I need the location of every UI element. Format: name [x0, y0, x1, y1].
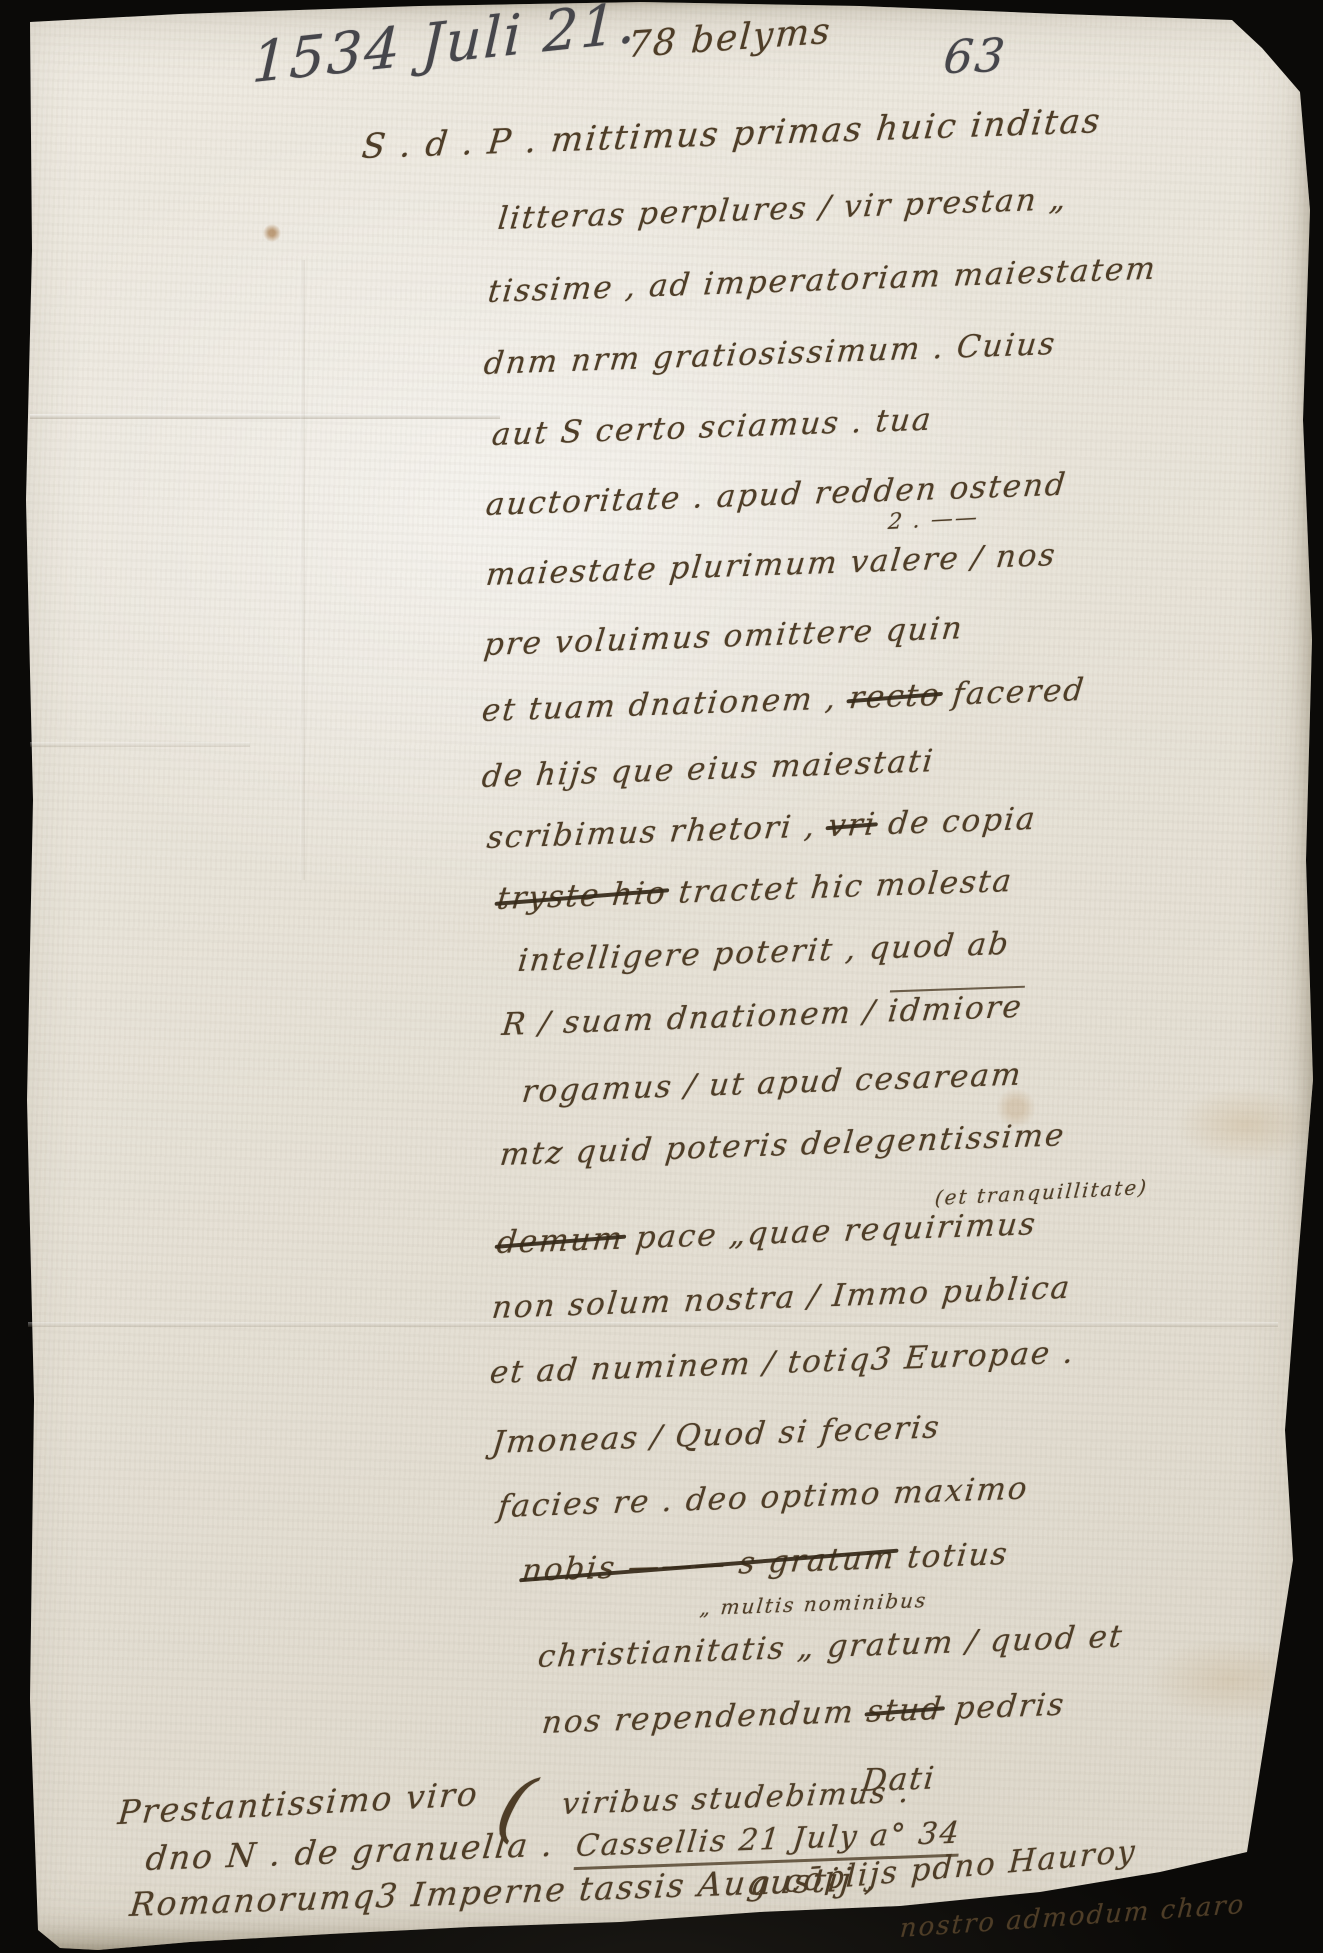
- manuscript-text-segment: 2 . ——: [887, 505, 980, 535]
- manuscript-text-segment: tryste hio: [495, 875, 669, 917]
- manuscript-text-segment: demum: [495, 1220, 626, 1261]
- interlinear-mark: 2 . ——: [887, 507, 980, 534]
- manuscript-text-segment: 63: [941, 28, 1009, 84]
- manuscript-text-segment: vri: [826, 806, 878, 844]
- manuscript-text-segment: idmiore: [886, 986, 1025, 1030]
- manuscript-text-segment: totius: [894, 1536, 1011, 1576]
- manuscript-text-segment: facered: [939, 672, 1087, 713]
- manuscript-text-segment: pedris: [941, 1687, 1067, 1727]
- folio-number: 63: [942, 32, 1009, 80]
- photographed-manuscript: 1534 Juli 21.78 belyms63S . d . P . mitt…: [0, 0, 1323, 1953]
- manuscript-text-segment: stud: [865, 1691, 945, 1730]
- manuscript-text-segment: de copia: [875, 801, 1039, 843]
- manuscript-text-segment: recto: [847, 677, 942, 716]
